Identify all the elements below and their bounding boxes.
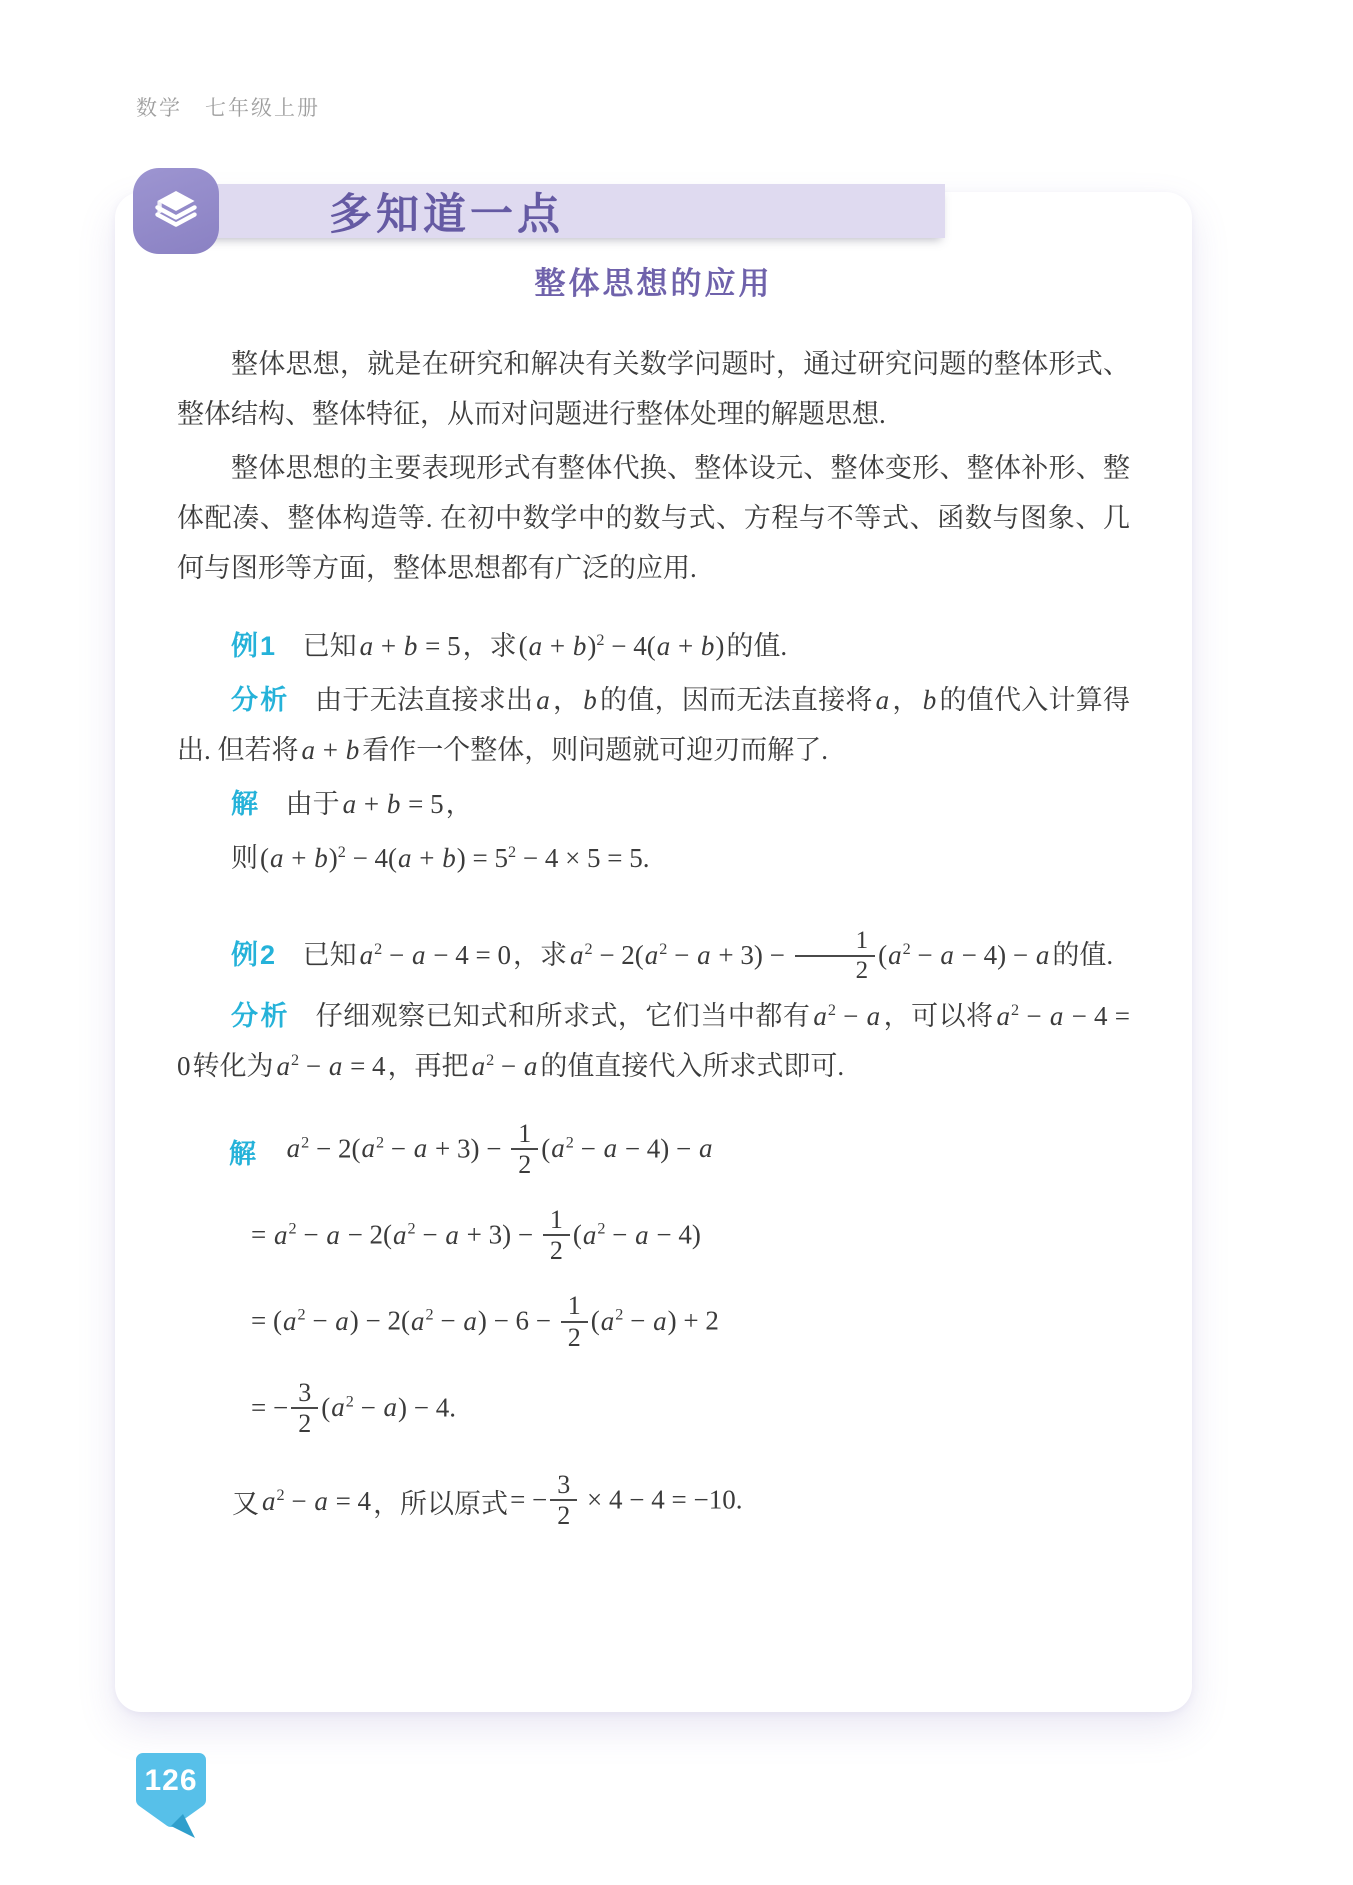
body-paragraph: 则(a + b)2 − 4(a + b) = 52 − 4 × 5 = 5. xyxy=(177,833,1130,883)
math-expression: a2 − a xyxy=(810,1001,883,1031)
solution-label: 解 xyxy=(231,789,260,819)
fraction: 12 xyxy=(795,927,876,985)
fraction: 12 xyxy=(543,1205,570,1265)
text-run: ，可以将 xyxy=(883,1001,993,1031)
math-expression: a + b = 5 xyxy=(357,631,463,661)
text-run: 仔细观察已知式和所求式，它们当中都有 xyxy=(316,1001,811,1031)
solution-label: 解 xyxy=(229,1132,258,1171)
analysis-label: 分析 xyxy=(231,1001,290,1031)
analysis-label: 分析 xyxy=(231,685,290,715)
text-run: ， xyxy=(553,685,581,715)
math-expression: = a2 − a − 2(a2 − a + 3) − 12(a2 − a − 4… xyxy=(249,1207,703,1267)
equation-line: = −32(a2 − a) − 4. xyxy=(177,1380,1130,1440)
example-1-label: 例1 xyxy=(231,631,277,661)
content-card: 整体思想的应用 整体思想，就是在研究和解决有关数学问题时，通过研究问题的整体形式… xyxy=(115,192,1192,1712)
math-expression: a2 − a − 4 = 0 xyxy=(357,940,513,970)
text-run: ，求 xyxy=(463,631,517,661)
text-run: ， xyxy=(446,789,473,819)
math-expression: a2 − a xyxy=(469,1051,541,1081)
text-run: ，求 xyxy=(513,940,567,970)
spacer xyxy=(177,887,1130,929)
text-run: 看作一个整体，则问题就可迎刃而解了. xyxy=(362,735,828,765)
math-expression: a2 − 2(a2 − a + 3) − 12(a2 − a − 4) − a xyxy=(567,940,1052,970)
labeled-paragraph: 例2已知a2 − a − 4 = 0，求a2 − 2(a2 − a + 3) −… xyxy=(177,929,1130,987)
equation-line: = a2 − a − 2(a2 − a + 3) − 12(a2 − a − 4… xyxy=(177,1207,1130,1267)
page-number-badge: 126 xyxy=(131,1750,223,1846)
section-ribbon: 多知道一点 xyxy=(177,184,945,238)
section-badge: 多知道一点 xyxy=(133,168,953,254)
math-expression: (a + b)2 − 4(a + b) xyxy=(517,631,727,661)
text-run: 由于 xyxy=(286,789,340,819)
article-title: 整体思想的应用 xyxy=(177,258,1130,303)
text-run: 转化为 xyxy=(193,1051,274,1081)
body-paragraph: 整体思想，就是在研究和解决有关数学问题时，通过研究问题的整体形式、整体结构、整体… xyxy=(177,339,1130,439)
text-run: ，所以原式 xyxy=(373,1482,508,1521)
text-run: 的值直接代入所求式即可. xyxy=(540,1051,844,1081)
math-expression: = −32 × 4 − 4 = −10. xyxy=(508,1472,744,1532)
book-header: 数学 七年级上册 xyxy=(136,92,320,122)
text-run: 又 xyxy=(232,1482,259,1521)
text-run: 的值. xyxy=(1052,940,1113,970)
labeled-paragraph: 例1已知a + b = 5，求(a + b)2 − 4(a + b)的值. xyxy=(177,621,1130,671)
text-run: 的值，因而无法直接将 xyxy=(600,685,873,715)
text-run: 整体思想，就是在研究和解决有关数学问题时，通过研究问题的整体形式、整体结构、整体… xyxy=(177,349,1130,429)
math-expression: a + b = 5 xyxy=(340,789,446,819)
spacer xyxy=(177,597,1130,621)
text-run: ，再把 xyxy=(388,1051,469,1081)
text-run: 的值. xyxy=(726,631,787,661)
article-body: 整体思想，就是在研究和解决有关数学问题时，通过研究问题的整体形式、整体结构、整体… xyxy=(177,339,1130,1532)
example-2-label: 例2 xyxy=(231,940,277,970)
equation-line: 解a2 − 2(a2 − a + 3) − 12(a2 − a − 4) − a xyxy=(177,1121,1130,1181)
text-run: 由于无法直接求出 xyxy=(315,685,533,715)
fraction: 32 xyxy=(550,1470,577,1530)
text-run: ， xyxy=(892,685,920,715)
labeled-paragraph: 解由于a + b = 5， xyxy=(177,779,1130,829)
math-expression: a2 − a = 4 xyxy=(259,1486,373,1517)
math-expression: (a + b)2 − 4(a + b) = 52 − 4 × 5 = 5. xyxy=(258,843,652,873)
fraction: 12 xyxy=(561,1291,588,1351)
section-title: 多知道一点 xyxy=(329,181,564,242)
math-expression: a2 − 2(a2 − a + 3) − 12(a2 − a − 4) − a xyxy=(284,1121,716,1181)
math-expression: a xyxy=(533,685,553,715)
labeled-paragraph: 分析由于无法直接求出a，b的值，因而无法直接将a，b的值代入计算得出. 但若将a… xyxy=(177,675,1130,775)
math-expression: b xyxy=(920,685,940,715)
text-run: 已知 xyxy=(303,940,357,970)
books-stack-icon xyxy=(133,168,219,254)
labeled-paragraph: 分析仔细观察已知式和所求式，它们当中都有a2 − a，可以将a2 − a − 4… xyxy=(177,991,1130,1091)
page-number: 126 xyxy=(131,1764,211,1798)
text-run: 则 xyxy=(231,843,258,873)
equation-line: = (a2 − a) − 2(a2 − a) − 6 − 12(a2 − a) … xyxy=(177,1293,1130,1353)
math-expression: a + b xyxy=(299,735,363,765)
math-expression: b xyxy=(580,685,600,715)
math-expression: = −32(a2 − a) − 4. xyxy=(249,1380,458,1440)
math-expression: a2 − a = 4 xyxy=(274,1051,388,1081)
body-paragraph: 整体思想的主要表现形式有整体代换、整体设元、整体变形、整体补形、整体配凑、整体构… xyxy=(177,443,1130,593)
math-expression: = (a2 − a) − 2(a2 − a) − 6 − 12(a2 − a) … xyxy=(249,1293,721,1353)
books-stack-glyph xyxy=(146,181,206,241)
text-run: 已知 xyxy=(303,631,357,661)
equation-line: 又a2 − a = 4，所以原式= −32 × 4 − 4 = −10. xyxy=(177,1472,1130,1532)
math-expression: a xyxy=(873,685,893,715)
fraction: 32 xyxy=(291,1378,318,1438)
text-run: 整体思想的主要表现形式有整体代换、整体设元、整体变形、整体补形、整体配凑、整体构… xyxy=(177,453,1130,583)
fraction: 12 xyxy=(511,1119,538,1179)
